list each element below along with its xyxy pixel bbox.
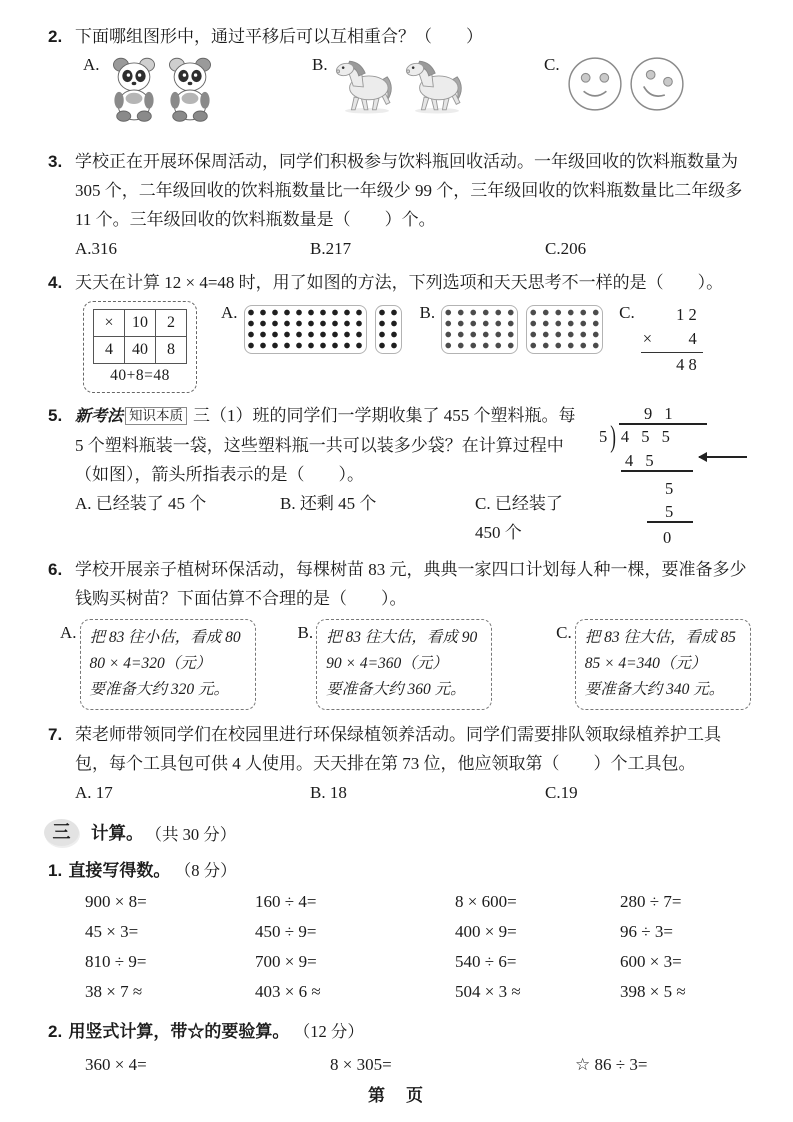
question-4-option-c: C. 1 2 × 4 4 8 xyxy=(619,301,703,377)
division-dividend: 4 5 5 xyxy=(621,427,670,446)
estimation-line: 要准备大约 360 元。 xyxy=(326,677,482,703)
arrow-icon xyxy=(699,456,747,458)
question-2-option-b: B. xyxy=(312,55,544,141)
division-vinculum xyxy=(619,423,707,425)
division-divisor: 5 xyxy=(599,427,607,446)
subquestion-1-points: （8 分） xyxy=(175,861,237,880)
panda-pair-image xyxy=(106,55,218,125)
question-4-figures: × 10 2 4 40 8 40+8=48 A. B. xyxy=(75,301,751,393)
option-b-label: B. xyxy=(312,55,328,75)
table-cell: 2 xyxy=(156,310,187,337)
math-problem: 450 ÷ 9= xyxy=(255,917,455,947)
question-6-option-b: B. 把 83 往大估，看成 90 90 × 4=360（元） 要准备大约 36… xyxy=(298,619,493,710)
question-2-option-a: A. xyxy=(75,55,312,141)
math-problem: 900 × 8= xyxy=(85,887,255,917)
math-problem: 810 ÷ 9= xyxy=(85,947,255,977)
question-6-number: 6. xyxy=(48,555,62,584)
question-6: 6. 学校开展亲子植树环保活动，每棵树苗 83 元，典典一家四口计划每人种一棵，… xyxy=(48,555,751,613)
multiplicand: 1 2 xyxy=(641,303,703,327)
question-7-text: 荣老师带领同学们在校园里进行环保绿植领养活动。同学们需要排队领取绿植养护工具包，… xyxy=(75,720,751,778)
table-cell: × xyxy=(94,310,125,337)
mental-math-grid: 900 × 8= 160 ÷ 4= 8 × 600= 280 ÷ 7= 45 ×… xyxy=(85,887,751,1007)
question-2-text: 下面哪组图形中，通过平移后可以互相重合？（ ） xyxy=(75,22,751,51)
dot-array-b xyxy=(441,305,603,354)
option-c: C.206 xyxy=(545,234,751,263)
math-problem: 8 × 600= xyxy=(455,887,620,917)
question-5-options: A. 已经装了 45 个 B. 还剩 45 个 C. 已经装了 450 个 xyxy=(75,489,587,547)
question-2-option-c: C. xyxy=(544,55,751,141)
option-a: A. 已经装了 45 个 xyxy=(75,489,280,547)
multiplication-table-figure: × 10 2 4 40 8 40+8=48 xyxy=(83,301,197,393)
dot-array-a xyxy=(244,305,402,354)
badge-new-label: 新考法 xyxy=(75,408,123,425)
product: 4 8 xyxy=(641,353,703,377)
math-problem: 540 ÷ 6= xyxy=(455,947,620,977)
option-b: B.217 xyxy=(310,234,545,263)
division-remainder: 0 xyxy=(663,523,671,552)
smiley-icon-rotated xyxy=(628,55,686,113)
question-6-text: 学校开展亲子植树环保活动，每棵树苗 83 元，典典一家四口计划每人种一棵，要准备… xyxy=(75,555,751,613)
subquestion-1-number: 1. xyxy=(48,861,62,880)
estimation-line: 要准备大约 320 元。 xyxy=(90,677,246,703)
multiplier: 4 xyxy=(688,327,696,351)
question-5-number: 5. xyxy=(48,401,62,430)
worksheet-page: 2. 下面哪组图形中，通过平移后可以互相重合？（ ） A. xyxy=(0,0,793,1122)
dot-array-6x4 xyxy=(441,305,518,354)
estimation-line: 90 × 4=360（元） xyxy=(326,651,482,677)
estimation-box-b: 把 83 往大估，看成 90 90 × 4=360（元） 要准备大约 360 元… xyxy=(316,619,492,710)
option-c-label: C. xyxy=(556,623,572,643)
question-6-option-a: A. 把 83 往小估，看成 80 80 × 4=320（元） 要准备大约 32… xyxy=(60,619,256,710)
question-2: 2. 下面哪组图形中，通过平移后可以互相重合？（ ） xyxy=(48,22,751,51)
table-cell: 10 xyxy=(125,310,156,337)
table-caption: 40+8=48 xyxy=(93,364,187,388)
question-4-option-b: B. xyxy=(420,301,604,354)
subquestion-1-title: 直接写得数。 xyxy=(68,861,170,880)
long-division-figure: 9 1 5)4 5 5 4 5 5 5 0 xyxy=(597,399,749,547)
question-2-figures: A. xyxy=(75,55,751,141)
dot-array-10x4 xyxy=(244,305,367,354)
division-bracket: ) xyxy=(610,410,616,462)
question-3-options: A.316 B.217 C.206 xyxy=(75,234,751,263)
estimation-line: 要准备大约 340 元。 xyxy=(585,677,741,703)
question-4-number: 4. xyxy=(48,268,62,297)
option-c: C. 已经装了 450 个 xyxy=(475,489,587,547)
option-b-label: B. xyxy=(298,623,314,643)
question-4-option-a: A. xyxy=(221,301,402,354)
option-c: C.19 xyxy=(545,778,751,807)
table-cell: 40 xyxy=(125,337,156,364)
math-problem: 700 × 9= xyxy=(255,947,455,977)
math-problem: 398 × 5 ≈ xyxy=(620,977,751,1007)
math-problem: 600 × 3= xyxy=(620,947,751,977)
estimation-box-a: 把 83 往小估，看成 80 80 × 4=320（元） 要准备大约 320 元… xyxy=(80,619,256,710)
subquestion-1: 1. 直接写得数。 （8 分） xyxy=(48,856,751,885)
math-problem: 360 × 4= xyxy=(85,1050,330,1080)
question-4-text: 天天在计算 12 × 4=48 时，用了如图的方法，下列选项和天天思考不一样的是… xyxy=(75,268,751,297)
horse-icon xyxy=(404,55,470,117)
dot-array-2x4 xyxy=(375,305,402,354)
smiley-pair-image xyxy=(566,55,686,113)
new-method-badge: 新考法知识本质 xyxy=(75,401,187,431)
option-c-label: C. xyxy=(619,303,635,323)
estimation-box-c: 把 83 往大估，看成 85 85 × 4=340（元） 要准备大约 340 元… xyxy=(575,619,751,710)
horse-icon xyxy=(334,55,400,117)
math-problem: ☆ 86 ÷ 3= xyxy=(575,1050,751,1080)
math-problem: 280 ÷ 7= xyxy=(620,887,751,917)
math-problem: 96 ÷ 3= xyxy=(620,917,751,947)
math-problem: 400 × 9= xyxy=(455,917,620,947)
panda-icon-mirrored xyxy=(162,55,218,125)
subquestion-2-points: （12 分） xyxy=(294,1022,364,1041)
math-problem: 403 × 6 ≈ xyxy=(255,977,455,1007)
horse-pair-image xyxy=(334,55,470,117)
section-title: 计算。 xyxy=(91,820,144,845)
division-rule xyxy=(621,470,693,472)
estimation-line: 把 83 往小估，看成 80 xyxy=(90,625,246,651)
section-3-header: 三 计算。 （共 30 分） xyxy=(44,819,751,846)
estimation-line: 80 × 4=320（元） xyxy=(90,651,246,677)
question-7: 7. 荣老师带领同学们在校园里进行环保绿植领养活动。同学们需要排队领取绿植养护工… xyxy=(48,720,751,807)
vertical-calculation-row: 360 × 4= 8 × 305= ☆ 86 ÷ 3= xyxy=(85,1050,751,1080)
question-7-number: 7. xyxy=(48,720,62,749)
question-3-text: 学校正在开展环保周活动，同学们积极参与饮料瓶回收活动。一年级回收的饮料瓶数量为 … xyxy=(75,147,751,234)
subquestion-2-number: 2. xyxy=(48,1022,62,1041)
math-problem: 504 × 3 ≈ xyxy=(455,977,620,1007)
badge-tag-label: 知识本质 xyxy=(125,407,187,425)
panda-icon xyxy=(106,55,162,125)
vertical-multiplication-figure: 1 2 × 4 4 8 xyxy=(641,303,703,377)
math-problem: 45 × 3= xyxy=(85,917,255,947)
question-4: 4. 天天在计算 12 × 4=48 时，用了如图的方法，下列选项和天天思考不一… xyxy=(48,268,751,297)
estimation-line: 85 × 4=340（元） xyxy=(585,651,741,677)
question-6-option-c: C. 把 83 往大估，看成 85 85 × 4=340（元） 要准备大约 34… xyxy=(556,619,751,710)
question-3: 3. 学校正在开展环保周活动，同学们积极参与饮料瓶回收活动。一年级回收的饮料瓶数… xyxy=(48,147,751,263)
dot-array-6x4 xyxy=(526,305,603,354)
estimation-line: 把 83 往大估，看成 90 xyxy=(326,625,482,651)
table-cell: 4 xyxy=(94,337,125,364)
option-b: B. 还剩 45 个 xyxy=(280,489,475,547)
option-a-label: A. xyxy=(221,303,238,323)
page-footer: 第 页 xyxy=(0,1081,793,1106)
table-cell: 8 xyxy=(156,337,187,364)
option-b-label: B. xyxy=(420,303,436,323)
option-a-label: A. xyxy=(60,623,77,643)
question-3-number: 3. xyxy=(48,147,62,176)
estimation-line: 把 83 往大估，看成 85 xyxy=(585,625,741,651)
option-c-label: C. xyxy=(544,55,560,75)
math-problem: 8 × 305= xyxy=(330,1050,575,1080)
question-7-options: A. 17 B. 18 C.19 xyxy=(75,778,751,807)
option-a: A. 17 xyxy=(75,778,310,807)
option-b: B. 18 xyxy=(310,778,545,807)
section-marker: 三 xyxy=(44,819,79,846)
math-problem: 38 × 7 ≈ xyxy=(85,977,255,1007)
question-6-figures: A. 把 83 往小估，看成 80 80 × 4=320（元） 要准备大约 32… xyxy=(60,619,751,710)
times-sign: × xyxy=(643,327,652,351)
section-points: （共 30 分） xyxy=(146,821,237,845)
subquestion-2: 2. 用竖式计算，带☆的要验算。 （12 分） xyxy=(48,1017,751,1046)
option-a: A.316 xyxy=(75,234,310,263)
option-a-label: A. xyxy=(83,55,100,75)
math-problem: 160 ÷ 4= xyxy=(255,887,455,917)
smiley-icon xyxy=(566,55,624,113)
question-5: 5. 9 1 5)4 5 5 4 5 5 5 0 新考法知识本质三（1）班的同学… xyxy=(48,401,751,551)
subquestion-2-title: 用竖式计算，带☆的要验算。 xyxy=(68,1022,289,1041)
question-2-number: 2. xyxy=(48,22,62,51)
